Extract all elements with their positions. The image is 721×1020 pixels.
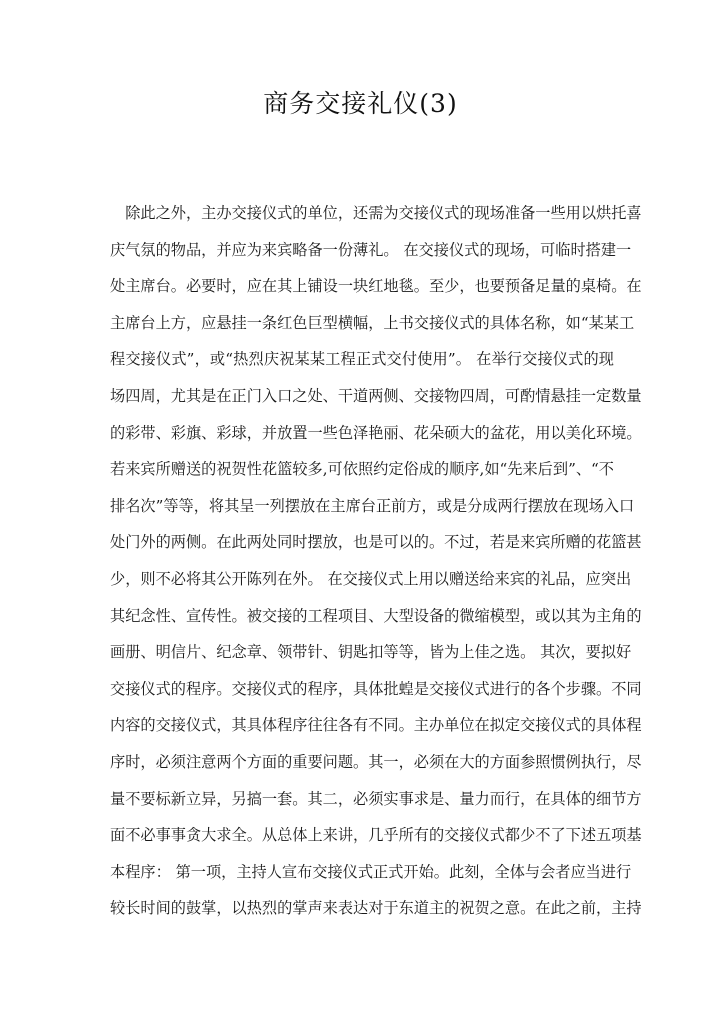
paragraph-line: 内容的交接仪式，其具体程序往往各有不同。主办单位在拟定交接仪式的具体程 bbox=[110, 710, 614, 747]
paragraph-line: 量不要标新立异，另搞一套。其二，必须实事求是、量力而行，在具体的细节方 bbox=[110, 784, 614, 821]
paragraph-line: 本程序： 第一项，主持人宣布交接仪式正式开始。此刻，全体与会者应当进行 bbox=[110, 857, 614, 894]
paragraph-line: 处门外的两侧。在此两处同时摆放，也是可以的。不过，若是来宾所赠的花篮甚 bbox=[110, 527, 614, 564]
paragraph-line: 的彩带、彩旗、彩球，并放置一些色泽艳丽、花朵硕大的盆花，用以美化环境。 bbox=[110, 418, 614, 455]
paragraph-line: 序时，必须注意两个方面的重要问题。其一，必须在大的方面参照惯例执行，尽 bbox=[110, 747, 614, 784]
paragraph-line: 排名次”等等，将其呈一列摆放在主席台正前方，或是分成两行摆放在现场入口 bbox=[110, 491, 614, 528]
paragraph-line: 交接仪式的程序。交接仪式的程序，具体批蝗是交接仪式进行的各个步骤。不同 bbox=[110, 674, 614, 711]
document-body: 除此之外，主办交接仪式的单位，还需为交接仪式的现场准备一些用以烘托喜 庆气氛的物… bbox=[110, 198, 614, 930]
paragraph-line: 少，则不必将其公开陈列在外。 在交接仪式上用以赠送给来宾的礼品，应突出 bbox=[110, 564, 614, 601]
paragraph-line: 若来宾所赠送的祝贺性花篮较多,可依照约定俗成的顺序,如“先来后到”、“不 bbox=[110, 454, 614, 491]
paragraph-line: 程交接仪式”，或“热烈庆祝某某工程正式交付使用”。 在举行交接仪式的现 bbox=[110, 344, 614, 381]
paragraph-line: 场四周，尤其是在正门入口之处、干道两侧、交接物四周，可酌情悬挂一定数量 bbox=[110, 381, 614, 418]
document-page: 商务交接礼仪(3) 除此之外，主办交接仪式的单位，还需为交接仪式的现场准备一些用… bbox=[0, 0, 721, 1020]
document-title: 商务交接礼仪(3) bbox=[0, 86, 721, 122]
paragraph-line: 较长时间的鼓掌，以热烈的掌声来表达对于东道主的祝贺之意。在此之前，主持 bbox=[110, 893, 614, 930]
paragraph-line: 处主席台。必要时，应在其上铺设一块红地毯。至少，也要预备足量的桌椅。在 bbox=[110, 271, 614, 308]
paragraph-line: 其纪念性、宣传性。被交接的工程项目、大型设备的微缩模型，或以其为主角的 bbox=[110, 601, 614, 638]
paragraph-line: 除此之外，主办交接仪式的单位，还需为交接仪式的现场准备一些用以烘托喜 bbox=[110, 198, 614, 235]
paragraph-line: 主席台上方，应悬挂一条红色巨型横幅，上书交接仪式的具体名称，如“某某工 bbox=[110, 308, 614, 345]
paragraph-line: 庆气氛的物品，并应为来宾略备一份薄礼。 在交接仪式的现场，可临时搭建一 bbox=[110, 235, 614, 272]
paragraph-line: 面不必事事贪大求全。从总体上来讲，几乎所有的交接仪式都少不了下述五项基 bbox=[110, 820, 614, 857]
paragraph-line: 画册、明信片、纪念章、领带针、钥匙扣等等，皆为上佳之选。 其次，要拟好 bbox=[110, 637, 614, 674]
